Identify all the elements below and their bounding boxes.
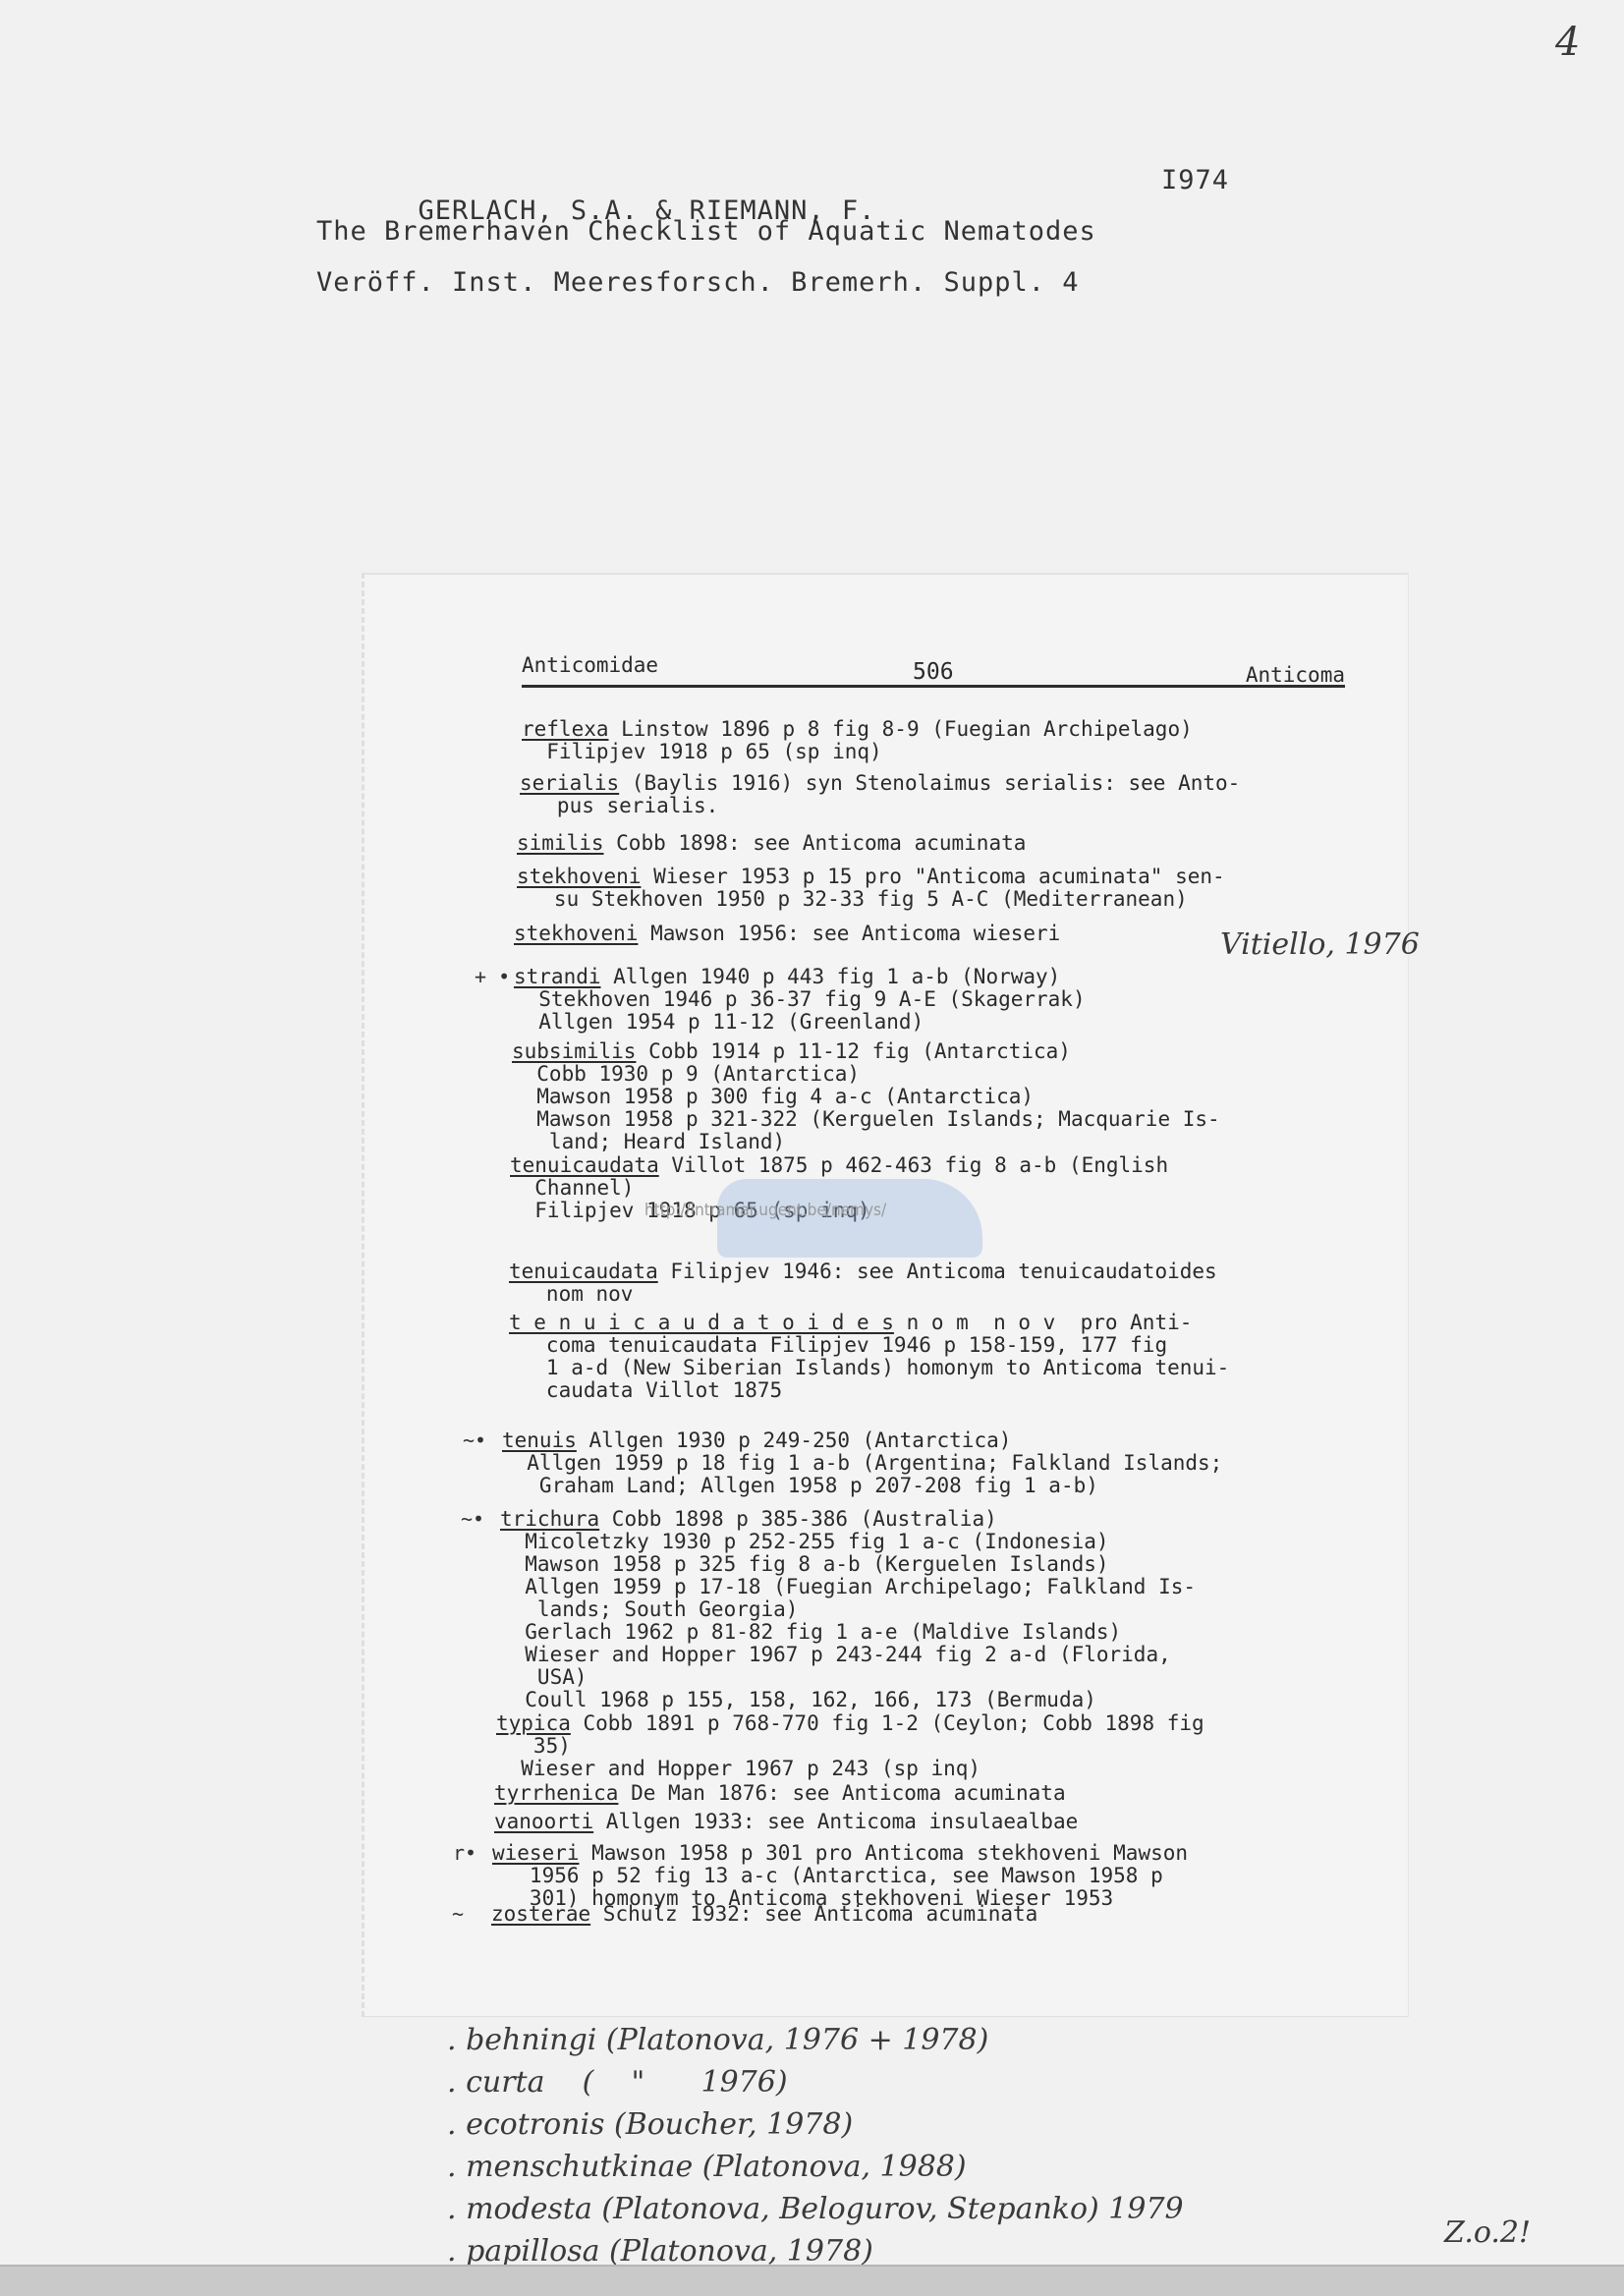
margin-mark: ~• bbox=[463, 1429, 486, 1452]
reference-text: Micoletzky 1930 p 252-255 fig 1 a-c (Ind… bbox=[500, 1530, 1109, 1553]
reference-text: USA) bbox=[500, 1665, 588, 1689]
species-entry: reflexa Linstow 1896 p 8 fig 8-9 (Fuegia… bbox=[522, 718, 1565, 763]
citation-block: GERLACH, S.A. & RIEMANN, F. I974 The Bre… bbox=[316, 165, 1096, 318]
species-entry: t e n u i c a u d a t o i d e s n o m n … bbox=[509, 1312, 1552, 1402]
species-entry: typica Cobb 1891 p 768-770 fig 1-2 (Ceyl… bbox=[496, 1712, 1540, 1780]
reference-text: coma tenuicaudata Filipjev 1946 p 158-15… bbox=[509, 1333, 1167, 1357]
reference-text: Cobb 1914 p 11-12 fig (Antarctica) bbox=[636, 1039, 1071, 1063]
reference-text: Mawson 1958 p 301 pro Anticoma stekhoven… bbox=[580, 1841, 1189, 1865]
reference-text: Graham Land; Allgen 1958 p 207-208 fig 1… bbox=[502, 1474, 1098, 1497]
species-name: tenuicaudata bbox=[510, 1153, 659, 1177]
reference-text: Allgen 1959 p 17-18 (Fuegian Archipelago… bbox=[500, 1575, 1196, 1598]
clipping-header: Anticomidae 506 Anticoma bbox=[522, 653, 1345, 688]
citation-journal: Veröff. Inst. Meeresforsch. Bremerh. Sup… bbox=[316, 267, 1096, 318]
reference-text: Wieser and Hopper 1967 p 243-244 fig 2 a… bbox=[500, 1643, 1171, 1666]
species-name: vanoorti bbox=[494, 1810, 593, 1833]
species-entry: trichura~• Cobb 1898 p 385-386 (Australi… bbox=[500, 1508, 1543, 1711]
species-name: trichura bbox=[500, 1507, 599, 1531]
species-name: stekhoveni bbox=[517, 865, 641, 888]
margin-mark: ~ bbox=[452, 1903, 464, 1926]
species-entry: vanoorti Allgen 1933: see Anticoma insul… bbox=[494, 1811, 1538, 1833]
species-name: subsimilis bbox=[512, 1039, 636, 1063]
reference-text: 35) bbox=[496, 1734, 571, 1758]
handwritten-note-line: . menschutkinae (Platonova, 1988) bbox=[447, 2146, 1184, 2188]
reference-text: Cobb 1898 p 385-386 (Australia) bbox=[599, 1507, 997, 1531]
family-name: Anticomidae bbox=[522, 653, 658, 677]
citation-title: The Bremerhaven Checklist of Aquatic Nem… bbox=[316, 216, 1096, 267]
handwritten-page-number: 4 bbox=[1555, 20, 1580, 65]
species-entry: zosterae~ Schulz 1932: see Anticoma acum… bbox=[491, 1903, 1535, 1926]
handwritten-note-line: . behningi (Platonova, 1976 + 1978) bbox=[447, 2019, 1184, 2061]
species-name: t e n u i c a u d a t o i d e s bbox=[509, 1311, 894, 1334]
handwritten-note-line: . curta ( " 1976) bbox=[447, 2061, 1184, 2103]
handwritten-corner-note: Z.o.2! bbox=[1444, 2215, 1531, 2250]
reference-text: Filipjev 1946: see Anticoma tenuicaudato… bbox=[658, 1260, 1217, 1283]
species-entry: tenuicaudata Filipjev 1946: see Anticoma… bbox=[509, 1260, 1552, 1306]
reference-text: De Man 1876: see Anticoma acuminata bbox=[618, 1781, 1065, 1805]
reference-text: lands; South Georgia) bbox=[500, 1597, 798, 1621]
reference-text: Stekhoven 1946 p 36-37 fig 9 A-E (Skager… bbox=[514, 987, 1086, 1011]
species-name: tyrrhenica bbox=[494, 1781, 618, 1805]
species-name: serialis bbox=[520, 771, 619, 795]
species-entry: subsimilis Cobb 1914 p 11-12 fig (Antarc… bbox=[512, 1040, 1555, 1153]
reference-text: Wieser 1953 p 15 pro "Anticoma acuminata… bbox=[641, 865, 1224, 888]
reference-text: Cobb 1930 p 9 (Antarctica) bbox=[512, 1062, 860, 1086]
reference-text: Channel) bbox=[510, 1176, 634, 1200]
species-name: strandi bbox=[514, 965, 601, 988]
species-entry: tenuis~• Allgen 1930 p 249-250 (Antarcti… bbox=[502, 1429, 1545, 1497]
reference-text: Gerlach 1962 p 81-82 fig 1 a-e (Maldive … bbox=[500, 1620, 1121, 1644]
margin-mark: + • bbox=[475, 966, 510, 988]
species-name: tenuis bbox=[502, 1428, 577, 1452]
reference-text: Allgen 1954 p 11-12 (Greenland) bbox=[514, 1010, 924, 1034]
reference-text: land; Heard Island) bbox=[512, 1130, 785, 1153]
reference-text: Mawson 1956: see Anticoma wieseri bbox=[638, 922, 1060, 945]
reference-text: 1 a-d (New Siberian Islands) homonym to … bbox=[509, 1356, 1229, 1379]
reference-text: Linstow 1896 p 8 fig 8-9 (Fuegian Archip… bbox=[609, 717, 1193, 741]
reference-text: Mawson 1958 p 325 fig 8 a-b (Kerguelen I… bbox=[500, 1552, 1109, 1576]
species-name: zosterae bbox=[491, 1902, 590, 1926]
species-name: reflexa bbox=[522, 717, 609, 741]
species-name: similis bbox=[517, 831, 604, 855]
reference-text: pus serialis. bbox=[520, 794, 718, 817]
handwritten-note-line: . ecotronis (Boucher, 1978) bbox=[447, 2103, 1184, 2146]
reference-text: Mawson 1958 p 300 fig 4 a-c (Antarctica) bbox=[512, 1085, 1034, 1108]
citation-year: I974 bbox=[1161, 165, 1229, 196]
watermark-url: http://intramar.ugent.be/nemys/ bbox=[644, 1201, 886, 1220]
scan-bottom-edge bbox=[0, 2265, 1624, 2296]
species-entry: stekhoveni Wieser 1953 p 15 pro "Anticom… bbox=[517, 866, 1560, 911]
reference-text: Allgen 1930 p 249-250 (Antarctica) bbox=[577, 1428, 1012, 1452]
species-name: typica bbox=[496, 1711, 571, 1735]
scanned-page: 4 GERLACH, S.A. & RIEMANN, F. I974 The B… bbox=[0, 0, 1624, 2265]
handwritten-note-line: . modesta (Platonova, Belogurov, Stepank… bbox=[447, 2188, 1184, 2230]
reference-text: Cobb 1898: see Anticoma acuminata bbox=[604, 831, 1027, 855]
species-entry: wieserir• Mawson 1958 p 301 pro Anticoma… bbox=[492, 1842, 1536, 1910]
margin-mark: ~• bbox=[461, 1508, 484, 1531]
species-name: tenuicaudata bbox=[509, 1260, 658, 1283]
reference-text: Coull 1968 p 155, 158, 162, 166, 173 (Be… bbox=[500, 1688, 1096, 1711]
reference-text: (Baylis 1916) syn Stenolaimus serialis: … bbox=[619, 771, 1240, 795]
species-entry: tyrrhenica De Man 1876: see Anticoma acu… bbox=[494, 1782, 1538, 1805]
reference-text: Allgen 1940 p 443 fig 1 a-b (Norway) bbox=[601, 965, 1061, 988]
source-page-number: 506 bbox=[913, 659, 954, 685]
species-entry: strandi+ • Allgen 1940 p 443 fig 1 a-b (… bbox=[514, 966, 1557, 1034]
reference-text: n o m n o v pro Anti- bbox=[894, 1311, 1192, 1334]
reference-text: Mawson 1958 p 321-322 (Kerguelen Islands… bbox=[512, 1107, 1220, 1131]
genus-name: Anticoma bbox=[1246, 663, 1345, 687]
reference-text: Filipjev 1918 p 65 (sp inq) bbox=[522, 740, 882, 763]
handwritten-species-list: . behningi (Platonova, 1976 + 1978). cur… bbox=[447, 2019, 1184, 2272]
reference-text: su Stekhoven 1950 p 32-33 fig 5 A-C (Med… bbox=[517, 887, 1188, 911]
species-name: wieseri bbox=[492, 1841, 580, 1865]
pasted-clipping: Anticomidae 506 Anticoma reflexa Linstow… bbox=[362, 573, 1409, 2017]
reference-text: Villot 1875 p 462-463 fig 8 a-b (English bbox=[659, 1153, 1168, 1177]
reference-text: Schulz 1932: see Anticoma acuminata bbox=[590, 1902, 1037, 1926]
reference-text: 1956 p 52 fig 13 a-c (Antarctica, see Ma… bbox=[492, 1864, 1163, 1887]
reference-text: Allgen 1933: see Anticoma insulaealbae bbox=[593, 1810, 1078, 1833]
species-entry: similis Cobb 1898: see Anticoma acuminat… bbox=[517, 832, 1560, 855]
reference-text: Allgen 1959 p 18 fig 1 a-b (Argentina; F… bbox=[502, 1451, 1222, 1475]
species-name: stekhoveni bbox=[514, 922, 638, 945]
reference-text: nom nov bbox=[509, 1282, 633, 1306]
margin-mark: r• bbox=[453, 1842, 476, 1865]
handwritten-annotation: Vitiello, 1976 bbox=[1220, 927, 1420, 962]
reference-text: caudata Villot 1875 bbox=[509, 1378, 782, 1402]
reference-text: Cobb 1891 p 768-770 fig 1-2 (Ceylon; Cob… bbox=[571, 1711, 1204, 1735]
species-entry: serialis (Baylis 1916) syn Stenolaimus s… bbox=[520, 772, 1563, 817]
reference-text: Wieser and Hopper 1967 p 243 (sp inq) bbox=[496, 1757, 980, 1780]
